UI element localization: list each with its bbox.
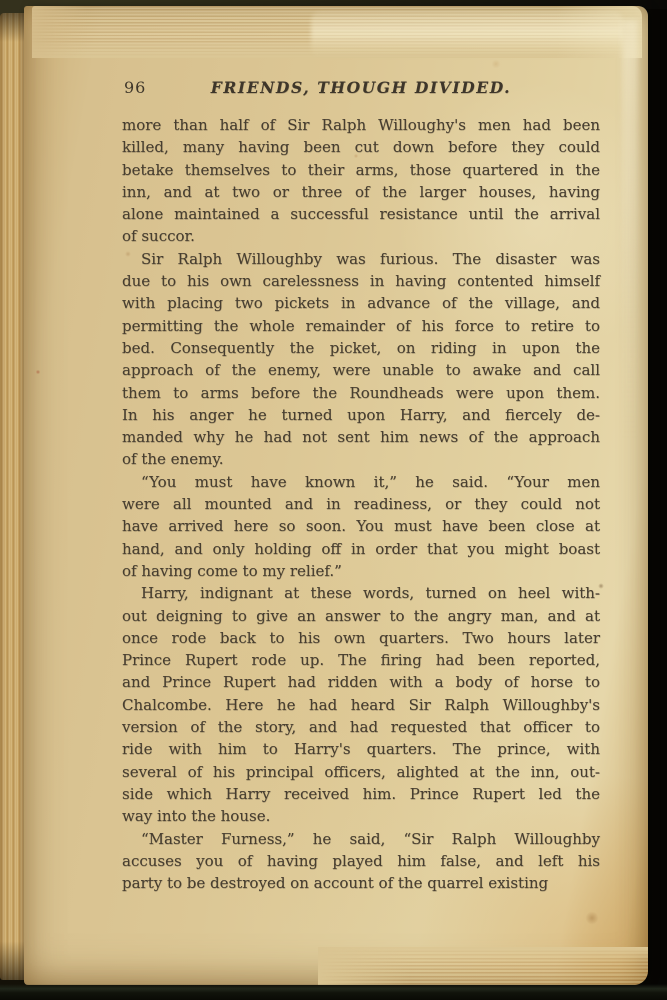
page-text: more than half of Sir Ralph Willoughy's … <box>122 114 600 894</box>
text-line: Chalcombe. Here he had heard Sir Ralph W… <box>122 694 600 716</box>
text-line: version of the story, and had requested … <box>122 716 600 738</box>
book-scan: 96 FRIENDS, THOUGH DIVIDED. more than ha… <box>0 0 667 1000</box>
text-line: party to be destroyed on account of the … <box>122 872 600 894</box>
text-line: have arrived here so soon. You must have… <box>122 515 600 537</box>
text-line: out deigning to give an answer to the an… <box>122 605 600 627</box>
text-line: of having come to my relief.” <box>122 560 600 582</box>
text-line: more than half of Sir Ralph Willoughy's … <box>122 114 600 136</box>
text-line: Prince Rupert rode up. The firing had be… <box>122 649 600 671</box>
text-line: way into the house. <box>122 805 600 827</box>
text-line: ride with him to Harry's quarters. The p… <box>122 738 600 760</box>
text-line: “You must have known it,” he said. “Your… <box>122 471 600 493</box>
text-line: once rode back to his own quarters. Two … <box>122 627 600 649</box>
text-line: alone maintained a successful resistance… <box>122 203 600 225</box>
text-line: due to his own carelessness in having co… <box>122 270 600 292</box>
text-line: approach of the enemy, were unable to aw… <box>122 359 600 381</box>
text-line: and Prince Rupert had ridden with a body… <box>122 671 600 693</box>
text-line: hand, and only holding off in order that… <box>122 538 600 560</box>
text-line: several of his principal officers, aligh… <box>122 761 600 783</box>
text-line: were all mounted and in readiness, or th… <box>122 493 600 515</box>
text-line: accuses you of having played him false, … <box>122 850 600 872</box>
text-line: inn, and at two or three of the larger h… <box>122 181 600 203</box>
text-line: with placing two pickets in advance of t… <box>122 292 600 314</box>
text-line: killed, many having been cut down before… <box>122 136 600 158</box>
text-line: them to arms before the Roundheads were … <box>122 382 600 404</box>
text-line: In his anger he turned upon Harry, and f… <box>122 404 600 426</box>
text-line: of the enemy. <box>122 448 600 470</box>
running-header: FRIENDS, THOUGH DIVIDED. <box>122 78 600 97</box>
book-cover-bottom-edge <box>0 984 667 1000</box>
text-line: of succor. <box>122 225 600 247</box>
text-line: permitting the whole remainder of his fo… <box>122 315 600 337</box>
text-line: Harry, indignant at these words, turned … <box>122 582 600 604</box>
text-line: side which Harry received him. Prince Ru… <box>122 783 600 805</box>
book-page: 96 FRIENDS, THOUGH DIVIDED. more than ha… <box>24 6 648 985</box>
text-line: bed. Consequently the picket, on riding … <box>122 337 600 359</box>
text-line: “Master Furness,” he said, “Sir Ralph Wi… <box>122 828 600 850</box>
text-line: betake themselves to their arms, those q… <box>122 159 600 181</box>
page-header: 96 FRIENDS, THOUGH DIVIDED. <box>122 78 600 100</box>
text-line: manded why he had not sent him news of t… <box>122 426 600 448</box>
text-line: Sir Ralph Willoughby was furious. The di… <box>122 248 600 270</box>
